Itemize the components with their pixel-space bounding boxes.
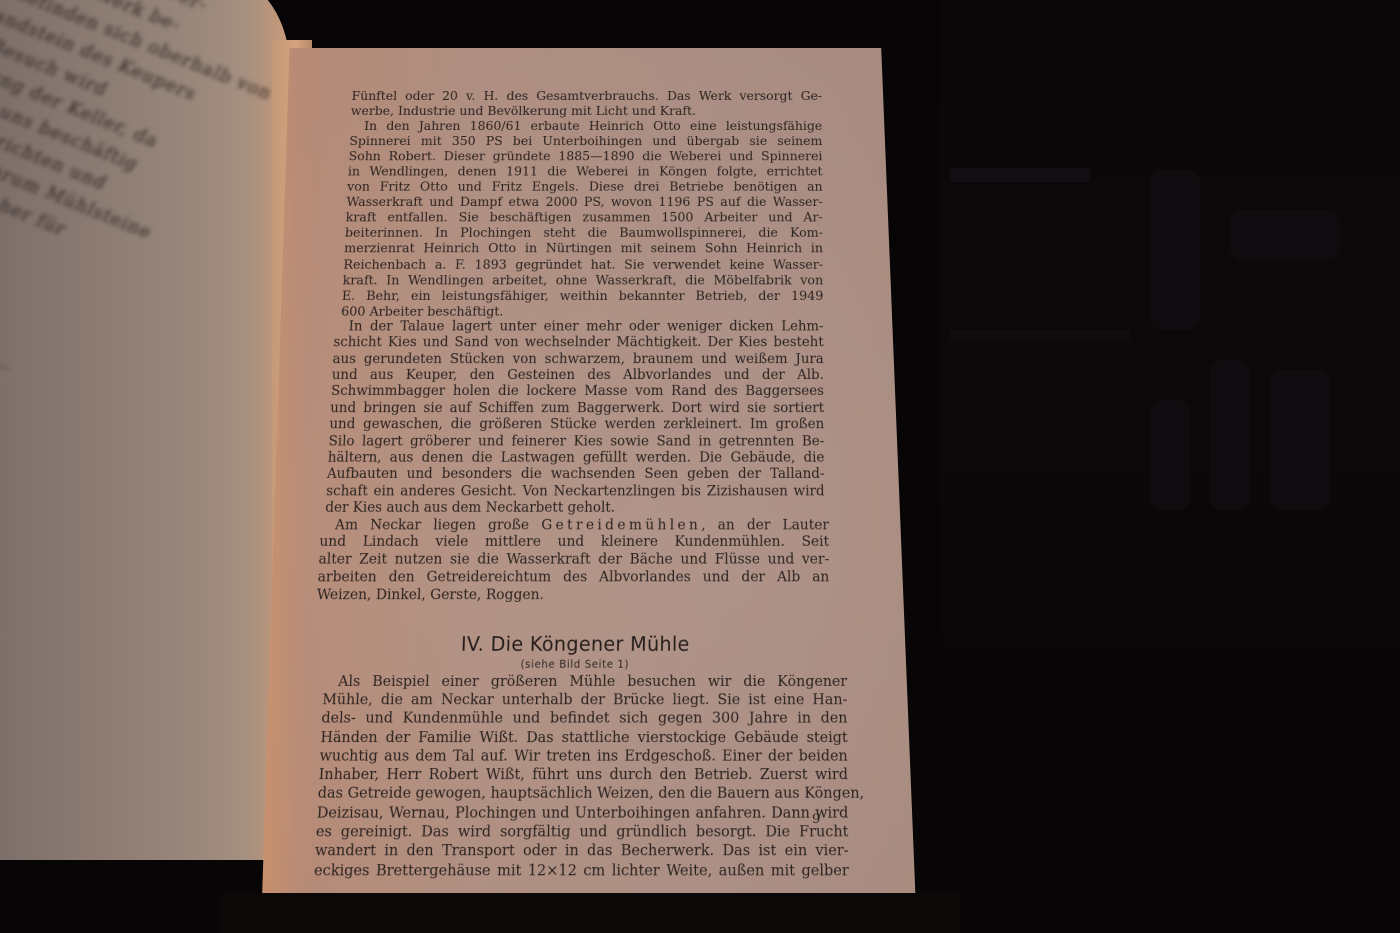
shelf-book [1210,360,1250,510]
left-page-text: … des Wehr gestaut. Er … Sekunde 880 PS.… [0,0,290,528]
section-subheading: (siehe Bild Seite 1) [324,656,826,673]
shelf-edge [950,168,1090,182]
paragraph-textile-industry: In den Jahren 1860/61 erbaute Heinrich O… [341,118,824,318]
section-heading: IV. Die Köngener Mühle [325,636,826,653]
shelf-edge [950,330,1130,340]
paragraph-power-supply: Fünftel oder 20 v. H. des Gesamtverbrauc… [351,88,823,118]
page-body: Fünftel oder 20 v. H. des Gesamtverbrauc… [314,88,828,881]
paragraph-grain-mills: Am Neckar liegen große Getreidemühlen, a… [316,517,829,604]
shelf-book [1230,210,1340,260]
emphasized-term: Getreidemühlen [541,517,701,533]
paragraph-gravel: In der Talaue lagert unter einer mehr od… [325,319,825,517]
shelf-book [1270,370,1330,510]
section-header: IV. Die Köngener Mühle (siehe Bild Seite… [324,636,826,673]
paragraph-koengen-mill: Als Beispiel einer größeren Mühle besuch… [314,673,849,881]
shelf-book [1150,170,1200,330]
table-surface [220,893,960,933]
shelf-book [1150,400,1190,510]
left-page: … des Wehr gestaut. Er … Sekunde 880 PS.… [0,0,290,860]
page-number: 9 [812,812,820,827]
